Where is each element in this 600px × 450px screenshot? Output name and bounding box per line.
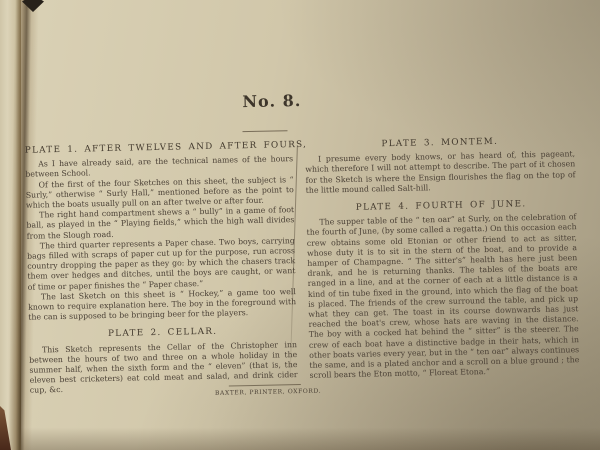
plate-4-heading: PLATE 4. FOURTH OF JUNE. (306, 198, 576, 214)
printed-page: No. 8. PLATE 1. AFTER TWELVES AND AFTER … (0, 0, 600, 450)
section-plate-1: PLATE 1. AFTER TWELVES AND AFTER FOURS, … (25, 140, 297, 323)
paragraph: This Sketch represents the Cellar of the… (29, 340, 298, 397)
paragraph: The supper table of the “ ten oar” at Su… (306, 212, 579, 381)
section-plate-4: PLATE 4. FOURTH OF JUNE. The supper tabl… (306, 198, 580, 381)
heading-rule (242, 130, 287, 132)
plate-1-heading: PLATE 1. AFTER TWELVES AND AFTER FOURS, (25, 140, 293, 156)
printer-imprint: BAXTER, PRINTER, OXFORD. (215, 388, 315, 397)
right-text-column: PLATE 3. MONTEM. I presume every body kn… (305, 135, 580, 381)
paragraph: The third quarter represents a Paper cha… (27, 236, 296, 293)
plate-3-heading: PLATE 3. MONTEM. (305, 135, 575, 151)
section-plate-3: PLATE 3. MONTEM. I presume every body kn… (305, 135, 576, 196)
issue-number-heading: No. 8. (227, 91, 317, 112)
left-text-column: PLATE 1. AFTER TWELVES AND AFTER FOURS, … (25, 140, 298, 396)
paragraph: The last Sketch on this sheet is “ Hocke… (28, 287, 297, 323)
plate-2-heading: PLATE 2. CELLAR. (29, 326, 297, 342)
paragraph: I presume every body knows, or has heard… (305, 149, 576, 195)
